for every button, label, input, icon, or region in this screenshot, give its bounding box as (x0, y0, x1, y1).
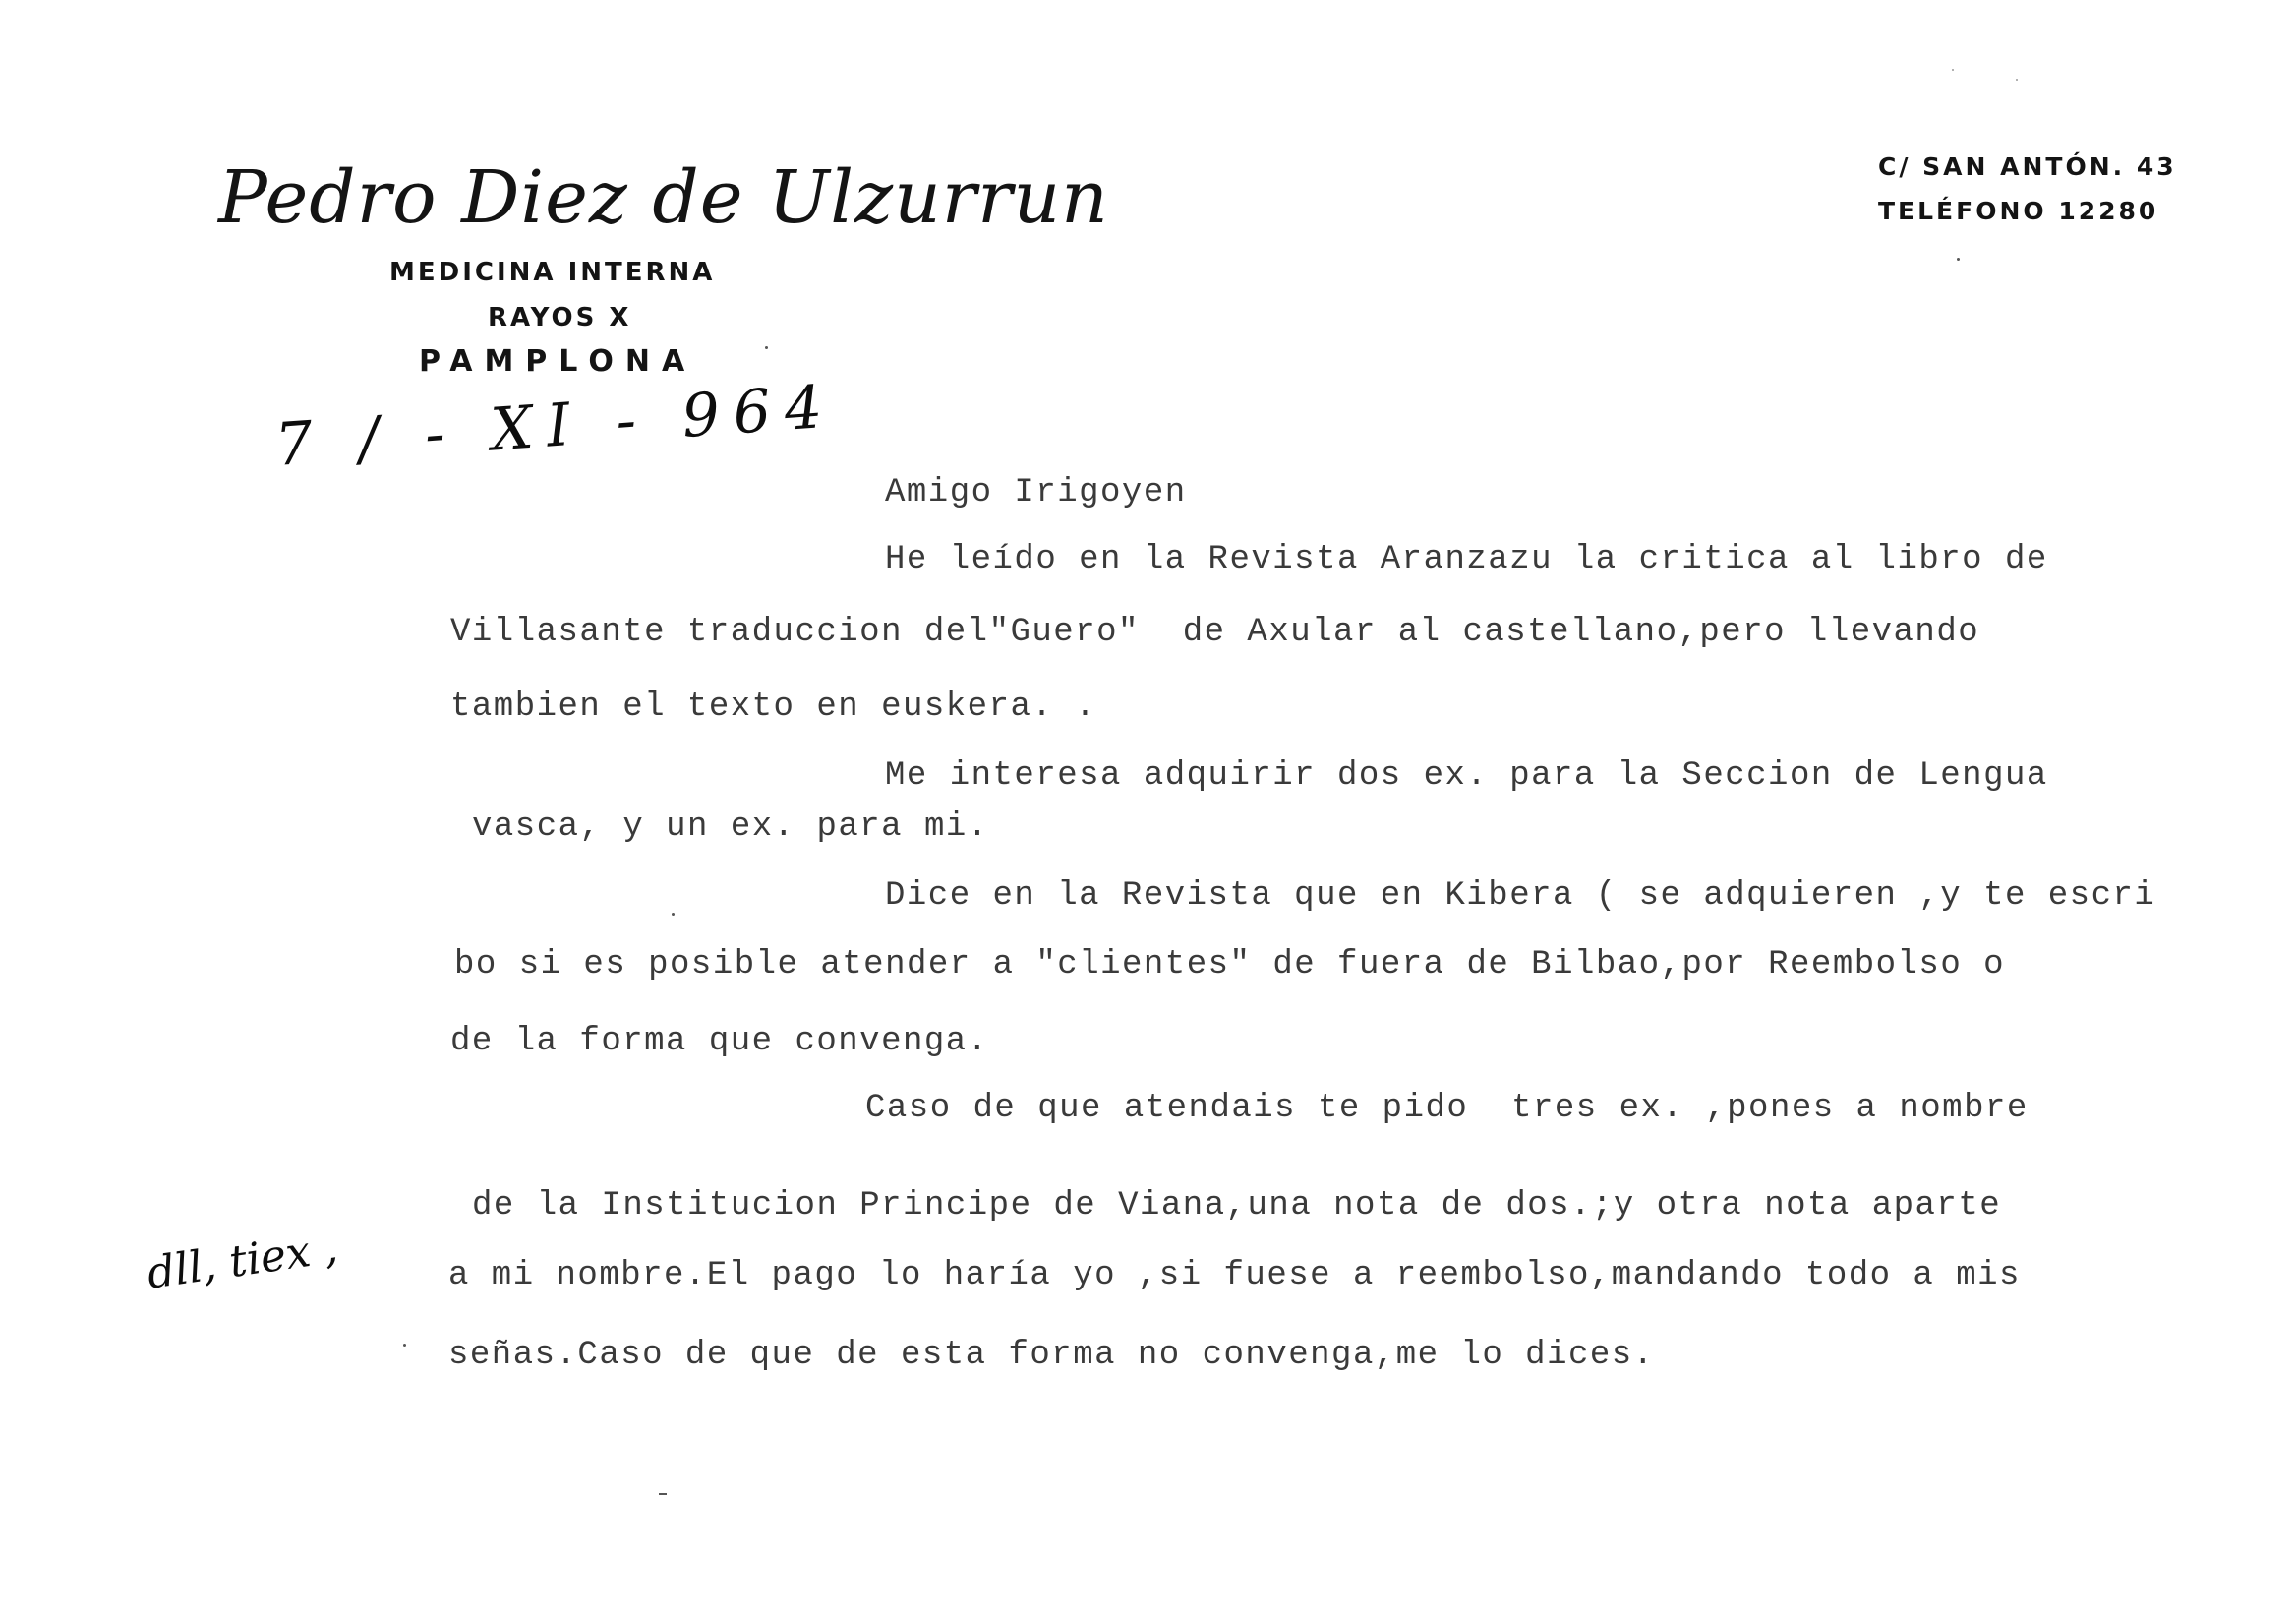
letter-line: bo si es posible atender a "clientes" de… (454, 946, 2005, 984)
letter-line: Villasante traduccion del"Guero" de Axul… (450, 614, 1979, 651)
letter-line: Me interesa adquirir dos ex. para la Sec… (885, 757, 2048, 795)
letter-line: vasca, y un ex. para mi. (472, 808, 989, 846)
letter-line: tambien el texto en euskera. . (450, 689, 1096, 726)
letterhead-specialty: MEDICINA INTERNA (389, 258, 715, 287)
paper-speck (765, 346, 768, 349)
paper-speck (1952, 69, 1954, 71)
letter-line: de la Institucion Principe de Viana,una … (472, 1187, 2001, 1225)
letter-line: señas.Caso de que de esta forma no conve… (448, 1337, 1655, 1374)
letterhead-city: PAMPLONA (419, 344, 696, 379)
paper-speck (659, 1493, 667, 1495)
salutation: Amigo Irigoyen (885, 474, 1187, 511)
paper-speck (403, 1344, 406, 1347)
paper-speck (672, 913, 675, 916)
letter-line: He leído en la Revista Aranzazu la criti… (885, 541, 2048, 578)
handwritten-margin-note: dll, tiex , (144, 1223, 340, 1299)
letter-line: de la forma que convenga. (450, 1023, 989, 1060)
letter-line: Caso de que atendais te pido tres ex. ,p… (865, 1090, 2029, 1127)
letter-line: a mi nombre.El pago lo haría yo ,si fues… (448, 1257, 2021, 1294)
letter-line: Dice en la Revista que en Kibera ( se ad… (885, 877, 2155, 915)
letterhead-address: C/ SAN ANTÓN. 43 (1878, 152, 2177, 181)
letterhead-department: RAYOS X (488, 303, 631, 332)
letterhead-signature-name: Pedro Diez de Ulzurrun (218, 155, 1109, 240)
paper-speck (1957, 258, 1960, 261)
handwritten-date: 7 / - XI - 964 (273, 372, 839, 480)
letterhead-telephone: TELÉFONO 12280 (1878, 197, 2158, 225)
paper-speck (2016, 79, 2018, 81)
